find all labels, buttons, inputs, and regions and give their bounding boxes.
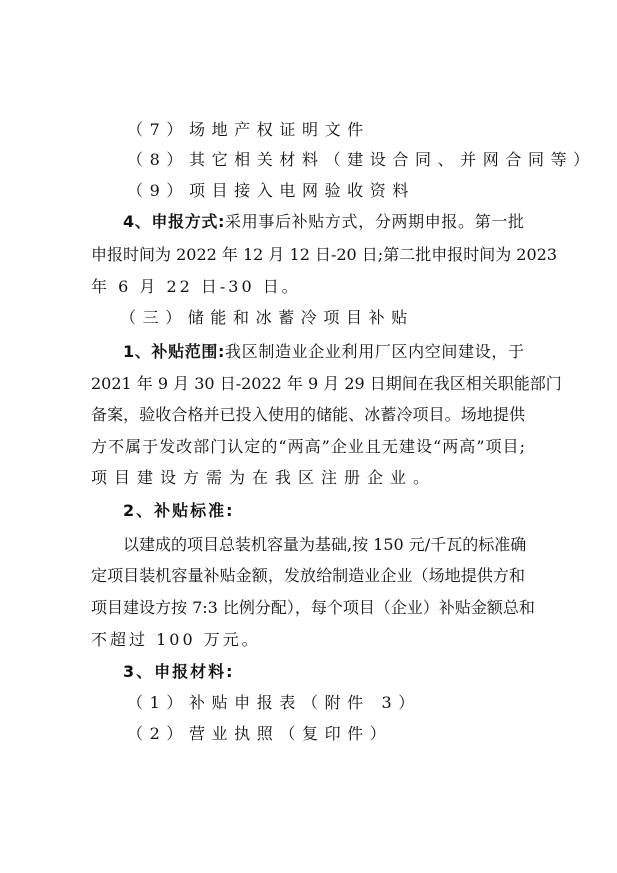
- paragraph-line: 年 6 月 22 日-30 日。: [91, 277, 525, 297]
- paragraph-line: 2021 年 9 月 30 日-2022 年 9 月 29 日期间在我区相关职能…: [91, 374, 525, 394]
- subsection-title: （三）储能和冰蓄冷项目补贴: [120, 308, 554, 328]
- material-item-7: （7）场地产权证明文件: [127, 120, 561, 140]
- paragraph-line: 方不属于发改部门认定的“两高”企业且无建设“两高”项目;: [91, 437, 525, 457]
- paragraph-line: 项目建设方按 7:3 比例分配），每个项目（企业）补贴金额总和: [91, 598, 525, 618]
- subsidy-scope-paragraph: 1、补贴范围:我区制造业企业利用厂区内空间建设，于: [123, 342, 524, 362]
- paragraph-line: 申报时间为 2022 年 12 月 12 日-20 日;第二批申报时间为 202…: [91, 245, 525, 265]
- section-heading: 2、补贴标准:: [123, 501, 557, 521]
- material-item-1: （1）补贴申报表（附件 3）: [127, 693, 561, 713]
- paragraph-line: 备案，验收合格并已投入使用的储能、冰蓄冷项目。场地提供: [91, 405, 525, 425]
- application-method-paragraph: 4、申报方式:采用事后补贴方式，分两期申报。第一批: [123, 212, 524, 232]
- section-heading: 1、补贴范围:: [123, 342, 224, 361]
- material-item-8: （8）其它相关材料（建设合同、并网合同等）: [127, 150, 561, 170]
- section-heading: 4、申报方式:: [123, 212, 224, 231]
- subsidy-standard-paragraph: 以建成的项目总装机容量为基础,按 150 元/千瓦的标准确: [123, 535, 524, 555]
- paragraph-line: 不超过 100 万元。: [91, 630, 525, 650]
- material-item-2: （2）营业执照（复印件）: [127, 724, 561, 744]
- paragraph-line: 项目建设方需为在我区注册企业。: [91, 468, 525, 488]
- material-item-9: （9）项目接入电网验收资料: [127, 181, 561, 201]
- section-heading: 3、申报材料:: [123, 662, 557, 682]
- paragraph-line: 定项目装机容量补贴金额，发放给制造业企业（场地提供方和: [91, 566, 525, 586]
